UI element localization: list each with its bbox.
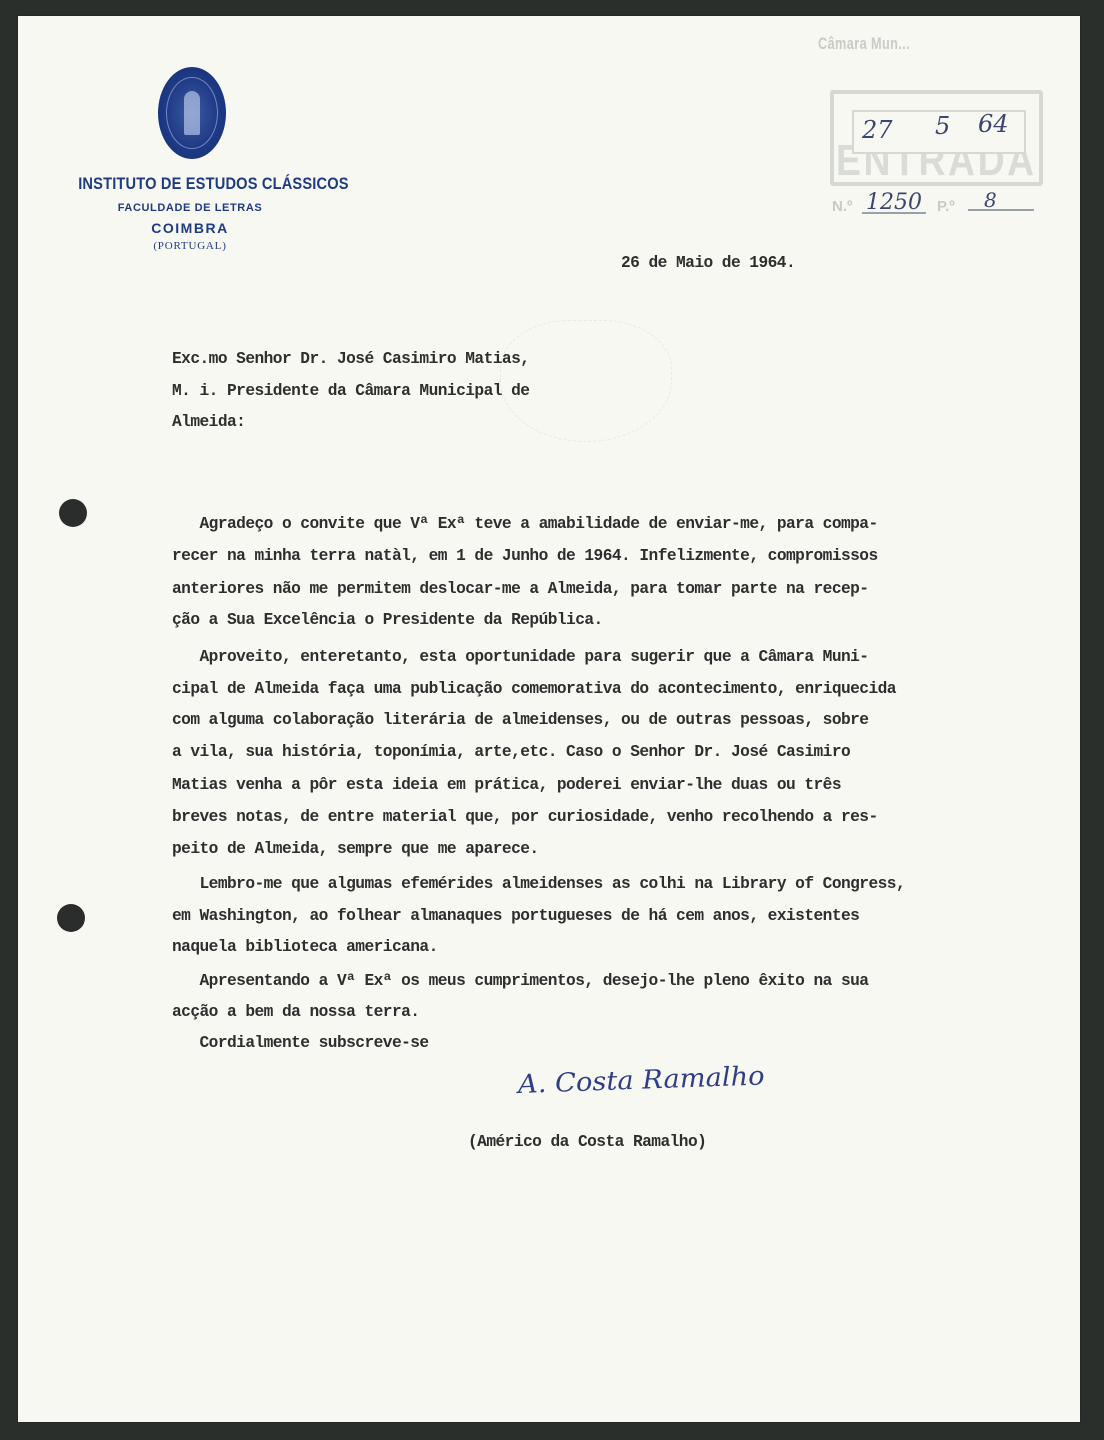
stamp-number-value: 1250 [866,190,922,215]
stamp-number-label: N.º [832,198,852,215]
stamp-date-month: 5 [935,112,950,140]
stamp-p-underline [968,209,1034,211]
body-line: Lembro-me que algumas efemérides almeide… [172,875,905,893]
hole-punch-lower [57,904,85,932]
body-line: anteriores não me permitem deslocar-me a… [172,580,868,598]
stamp-p-value: 8 [984,188,997,212]
faculty-name: FACULDADE DE LETRAS [60,202,320,214]
hole-punch-upper [59,499,87,527]
body-line: Cordialmente subscreve-se [172,1034,429,1052]
body-line: com alguma colaboração literária de alme… [172,711,868,729]
seal-figure-icon [184,91,200,135]
body-line: Agradeço o convite que Vª Exª teve a ama… [172,515,878,533]
stamp-header: Câmara Mun... [818,34,910,54]
paper-watermark [500,320,672,442]
university-seal-icon [158,67,226,159]
institute-name: INSTITUTO DE ESTUDOS CLÁSSICOS [78,174,302,194]
body-line: naquela biblioteca americana. [172,938,438,956]
body-line: acção a bem da nossa terra. [172,1003,419,1021]
stamp-p-label: P.º [937,198,955,215]
city-name: COIMBRA [60,220,320,236]
typed-signature: (Américo da Costa Ramalho) [468,1133,706,1151]
body-line: a vila, sua história, toponímia, arte,et… [172,743,850,761]
body-line: breves notas, de entre material que, por… [172,808,878,826]
stamp-date-day: 27 [862,116,893,144]
body-line: cipal de Almeida faça uma publicação com… [172,680,896,698]
body-line: ção a Sua Excelência o Presidente da Rep… [172,611,603,629]
stamp-date-year: 64 [978,110,1009,138]
body-line: Aproveito, enteretanto, esta oportunidad… [172,648,868,666]
body-line: peito de Almeida, sempre que me aparece. [172,840,539,858]
addressee-line: M. i. Presidente da Câmara Municipal de [172,382,529,400]
addressee-line: Almeida: [172,413,245,431]
letter-date: 26 de Maio de 1964. [621,254,795,272]
body-line: Apresentando a Vª Exª os meus cumpriment… [172,972,868,990]
body-line: recer na minha terra natàl, em 1 de Junh… [172,547,878,565]
body-line: em Washington, ao folhear almanaques por… [172,907,859,925]
addressee-line: Exc.mo Senhor Dr. José Casimiro Matias, [172,350,529,368]
country-name: (PORTUGAL) [60,240,320,252]
body-line: Matias venha a pôr esta ideia em prática… [172,776,841,794]
